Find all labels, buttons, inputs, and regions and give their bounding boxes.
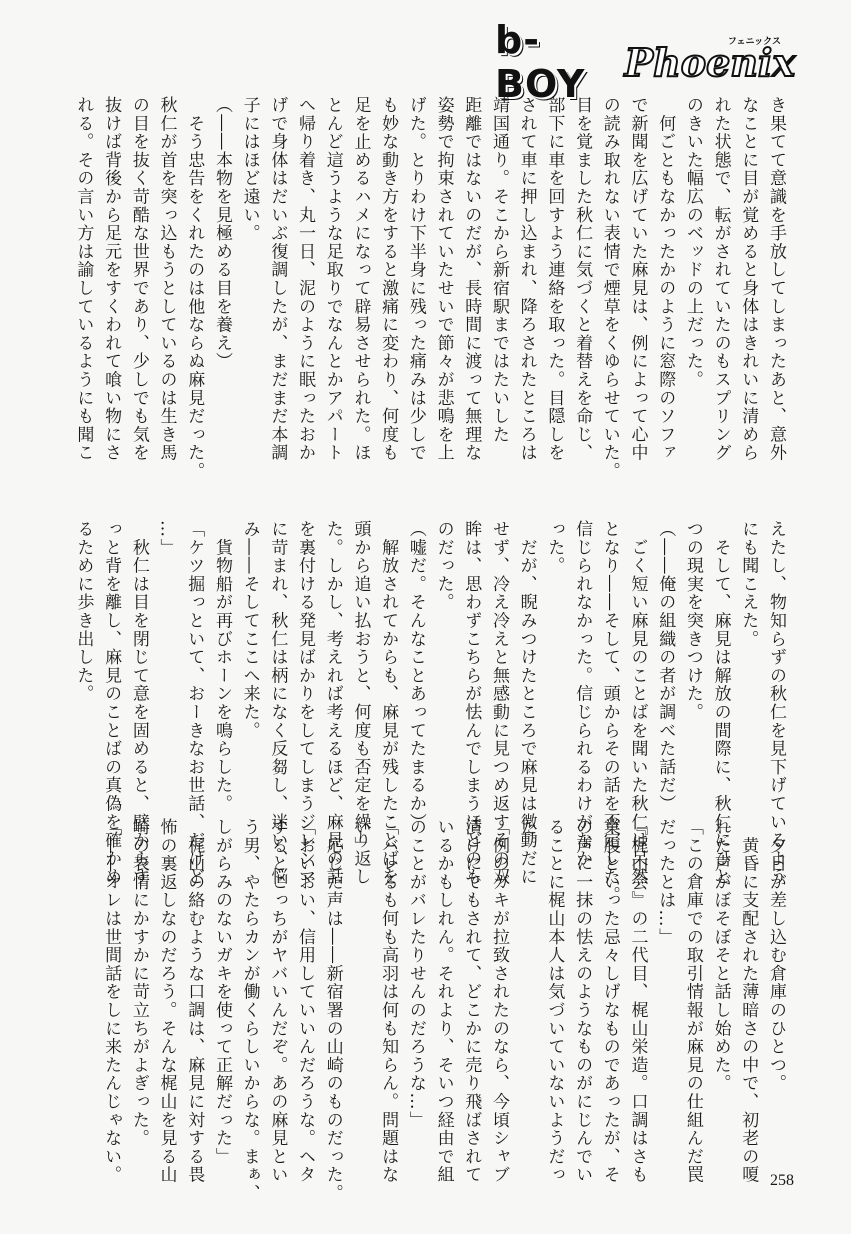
text-column: の読み取れない表情で煙草をくゆらせていた。	[595, 96, 623, 516]
text-column: のきいた幅広のベッドの上だった。	[678, 96, 706, 516]
text-column: そう忠告をくれたのは他ならぬ麻見だった。	[180, 96, 208, 516]
text-column: （――俺の組織の者が調べた話だ）	[650, 520, 678, 800]
text-column: み――そしてここへ来た。	[235, 520, 263, 800]
text-column: 「バレるも何も高羽は何も知らん。問題はな	[373, 818, 401, 1098]
magazine-logo: b-BOY Phoenix フェニックス	[495, 38, 795, 86]
text-column: 眸は、思わずこちらが怯んでしまうほどのも	[457, 520, 485, 800]
text-column: なことに目が覚めると身体はきれいに清めら	[734, 96, 762, 516]
text-column: （嘘だ。そんなことあってたまるか）	[401, 520, 429, 800]
text-column: だったとは…」	[650, 818, 678, 1098]
text-column: 業腹といった忌々しげなものであったが、そ	[595, 818, 623, 1098]
text-column: い」	[346, 818, 374, 1098]
text-column: するとこっちがヤバいんだぞ。あの麻見とい	[263, 818, 291, 1098]
text-column: で新聞を広げていた麻見は、例によって心中	[623, 96, 651, 516]
text-column: に苛まれ、秋仁は柄になく反芻し、迷い、悩	[263, 520, 291, 800]
text-column: う男、やたらカンが働くらしいからな。まぁ、	[235, 818, 263, 1098]
text-column: 何ごともなかったかのように窓際のソファ	[650, 96, 678, 516]
text-column: た。しかし、考えれば考えるほど、麻見の話	[318, 520, 346, 800]
text-column: 姿勢で拘束されていたせいで節々が悲鳴を上	[429, 96, 457, 516]
text-column: のだった。	[429, 520, 457, 800]
text-column: 目を覚ました秋仁に気づくと着替えを命じ、	[567, 96, 595, 516]
text-column: となり――そして、頭からその話を否定した。	[595, 520, 623, 800]
text-column: せず、冷え冷えと無感動に見つめ返すその双	[484, 520, 512, 800]
text-block-middle: えたし、物知らずの秋仁を見下げているようにも聞こえた。 そして、麻見は解放の間際…	[59, 520, 789, 800]
text-column: いるかもしれん。それより、そいつ経由で組	[429, 818, 457, 1098]
page-number: 258	[770, 1172, 794, 1190]
text-column: とんど這うような足取りでなんとかアパート	[318, 96, 346, 516]
text-column: 子にはほど遠い。	[235, 96, 263, 516]
text-column: 部下に車を回すよう連絡を取った。目隠しを	[540, 96, 568, 516]
text-column: えたし、物知らずの秋仁を見下げているよう	[761, 520, 789, 800]
text-column: しがらみのないガキを使って正解だった」	[207, 818, 235, 1098]
text-column: き果てて意識を手放してしまったあと、意外	[761, 96, 789, 516]
text-column: 足を止めるハメになって辟易させられた。ほ	[346, 96, 374, 516]
text-column: 秋仁は目を閉じて意を固めると、壁からす	[124, 520, 152, 800]
text-column: 夕日が差し込む倉庫のひとつ。	[761, 818, 789, 1098]
text-column: れた声がぼそぼそと話し始めた。	[706, 818, 734, 1098]
logo-bboy-text: b-BOY	[495, 18, 617, 106]
text-column: 漬けにでもされて、どこかに売り飛ばされて	[457, 818, 485, 1098]
text-column: 応じた声は――新宿署の山崎のものだった。	[318, 818, 346, 1098]
text-column: へ帰り着き、丸一日、泥のように眠ったおか	[290, 96, 318, 516]
text-column: ごく短い麻見のことばを聞いた秋仁は呆然	[623, 520, 651, 800]
text-column: た。	[512, 818, 540, 1098]
text-column: 「例のガキが拉致されたのなら、今頃シャブ	[484, 818, 512, 1098]
text-column: …」	[152, 520, 180, 800]
text-column: 靖国通り。そこから新宿駅まではたいした	[484, 96, 512, 516]
text-column: 秋仁が首を突っ込もうとしているのは生き馬	[152, 96, 180, 516]
text-column: 崎の表情にかすかに苛立ちがよぎった。	[124, 818, 152, 1098]
text-column: 「おいおい、信用していいんだろうな。ヘタ	[290, 818, 318, 1098]
text-column: 信じられなかった。信じられるわけがなか	[567, 520, 595, 800]
text-column: っと背を離し、麻見のことばの真偽を確かめ	[96, 520, 124, 800]
text-column: 「――オレは世間話をしに来たんじゃない。	[96, 818, 124, 1098]
text-column: 梶山の絡むような口調は、麻見に対する畏	[180, 818, 208, 1098]
text-column: の声に一抹の怯えのようなものがにじんでい	[567, 818, 595, 1098]
text-column: った。	[540, 520, 568, 800]
text-column: ることに梶山本人は気づいていないようだっ	[540, 818, 568, 1098]
logo-phoenix-text: Phoenix フェニックス	[625, 40, 795, 85]
text-column: 黄昏に支配された薄暗さの中で、初老の嗄	[734, 818, 762, 1098]
text-block-bottom: 夕日が差し込む倉庫のひとつ。 黄昏に支配された薄暗さの中で、初老の嗄れた声がぼそ…	[59, 818, 789, 1098]
text-column: げで身体はだいぶ復調したが、まだまだ本調	[263, 96, 291, 516]
text-column: のことがバレたりせんのだろうな…」	[401, 818, 429, 1098]
text-column: 「ケツ掘っといて、おーきなお世話、だけど	[180, 520, 208, 800]
text-column: るために歩き出した。	[69, 520, 97, 800]
text-column: 「この倉庫での取引情報が麻見の仕組んだ罠	[678, 818, 706, 1098]
text-column: れた状態で、転がされていたのもスプリング	[706, 96, 734, 516]
text-column: 距離ではないのだが、長時間に渡って無理な	[457, 96, 485, 516]
logo-ruby: フェニックス	[728, 34, 781, 47]
text-column: されて車に押し込まれ、降ろされたところは	[512, 96, 540, 516]
text-column: 頭から追い払おうと、何度も否定を繰り返し	[346, 520, 374, 800]
text-column: の目を抜く苛酷な世界であり、少しでも気を	[124, 96, 152, 516]
text-column: れる。その言い方は諭しているようにも聞こ	[69, 96, 97, 516]
text-column: だが、睨みつけたところで麻見は微動だに	[512, 520, 540, 800]
text-column: 抜けば背後から足元をすくわれて喰い物にさ	[96, 96, 124, 516]
text-column: も妙な動き方をすると激痛に変わり、何度も	[373, 96, 401, 516]
text-column: を裏付ける発見ばかりをしてしまうジレンマ	[290, 520, 318, 800]
text-column: 『梶山会』の二代目、梶山栄造。口調はさも	[623, 818, 651, 1098]
text-column: そして、麻見は解放の間際に、秋仁にひと	[706, 520, 734, 800]
text-column: （――本物を見極める目を養え）	[207, 96, 235, 516]
text-column: 解放されてからも、麻見が残したことばを	[373, 520, 401, 800]
text-column: にも聞こえた。	[734, 520, 762, 800]
text-column: げた。とりわけ下半身に残った痛みは少しで	[401, 96, 429, 516]
text-column: 怖の裏返しなのだろう。そんな梶山を見る山	[152, 818, 180, 1098]
text-column: 貨物船が再びホーンを鳴らした。	[207, 520, 235, 800]
text-block-top: き果てて意識を手放してしまったあと、意外なことに目が覚めると身体はきれいに清めら…	[59, 96, 789, 516]
text-column: つの現実を突きつけた。	[678, 520, 706, 800]
